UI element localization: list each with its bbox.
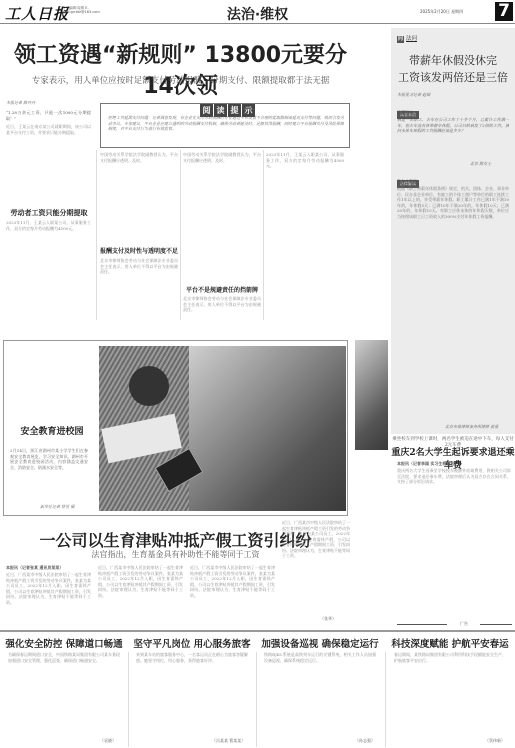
column-rule xyxy=(385,652,386,747)
footer-headline-4: 科技深度赋能 护航平安春运 xyxy=(388,636,512,650)
answer-sign: 北京市某律师事务所律师 俞勇 xyxy=(445,424,498,430)
second-end: （张华） xyxy=(320,616,336,622)
column-label: 法问 xyxy=(406,36,417,42)
right-photo-edge xyxy=(355,340,388,450)
footer-credit-3: （孙志强） xyxy=(355,738,375,744)
sidebar-byline: 本报见习记者 赵琛 xyxy=(397,92,430,98)
school-safety-photo xyxy=(99,346,346,511)
photo-students xyxy=(189,346,346,511)
footer-body-3: 铁路RJKC系统是高铁列车运行的关键系统，相关工作人员加强设备巡视，确保系统稳定… xyxy=(264,652,376,737)
footer-credit-2: （冯某某 曹某某） xyxy=(212,738,245,744)
second-body-col4: 近日，广西某市中级人民法院审结了一起生育津贴冲抵产假工资引发的劳动争议案件。张某… xyxy=(282,520,350,622)
ad-divider-right xyxy=(480,624,512,625)
right-body: 重庆两名大学生因乘坐学校校车被额外收取费用，将相关公司诉至法院，要求退还乘车费。… xyxy=(397,468,511,618)
ad-label: 广告 xyxy=(460,621,468,627)
lead-byline: 本报记者 陈丹丹 xyxy=(6,100,35,106)
footer-headline-1: 强化安全防控 保障道口畅通 xyxy=(2,636,126,650)
second-body-col3: 近日，广西某市中级人民法院审结了一起生育津贴冲抵产假工资引发的劳动争议案件。张某… xyxy=(190,565,275,622)
photo-teacher xyxy=(129,366,169,406)
right-byline: 本报讯（记者李国 实习生杨楠东） xyxy=(397,461,458,467)
issue-date: 2025年2月20日 星期四 xyxy=(420,9,463,15)
ad-divider-left xyxy=(397,624,447,625)
page-number: 7 xyxy=(495,2,513,21)
column-rule xyxy=(96,150,97,320)
column-rule xyxy=(263,150,264,320)
photo-brochure xyxy=(101,414,182,464)
reading-tip-text: 拒绝工资延期支付问题：记者调查发现，有企业在支付劳动报酬时存在通过平台设置不合理… xyxy=(108,115,344,145)
reading-tip-label: 阅读提示 xyxy=(200,98,260,112)
lead-headline: 领工资遇“新规则” 13800元要分14次领 xyxy=(8,38,353,100)
footer-credit-4: （蔡伟新） xyxy=(485,738,505,744)
sidebar-title: 带薪年休假没休完 工资该发两倍还是三倍 xyxy=(393,52,513,86)
lead-section2-title: 报酬支付及时性与透明度不足 xyxy=(98,246,180,255)
lead-body-col1: 近日，王某云在南京某公司就职期间，该公司以某平台支付工资，并要求只能分期提取。 xyxy=(6,124,91,209)
photo-feature-title: 安全教育进校园 xyxy=(8,424,96,437)
column-icon: 问 xyxy=(397,36,404,43)
sidebar-title-line2: 工资该发两倍还是三倍 xyxy=(393,69,513,86)
lead-section1-title: 劳动者工资只能分期提取 xyxy=(4,208,94,218)
column-tag: 问法问 xyxy=(397,34,417,43)
lead-body-col4: 2023年11月，王某云入职某公司，从事服务工作，双方约定每月劳动报酬为4500… xyxy=(266,152,344,320)
footer-headline-2: 坚守平凡岗位 用心服务旅客 xyxy=(130,636,254,650)
photo-credit: 新华社记者 徐昱 摄 xyxy=(40,504,75,510)
second-body-col2: 近日，广西某市中级人民法院审结了一起生育津贴冲抵产假工资引发的劳动争议案件。张某… xyxy=(98,565,183,622)
sidebar-title-line1: 带薪年休假没休完 xyxy=(393,52,513,69)
second-byline: 本报讯（记者张某 通讯员某某） xyxy=(6,565,63,571)
lead-body-col2: 中国劳动关系学院法学院副教授认为，平台支付报酬应透明、及时。 xyxy=(100,152,178,242)
lead-body-col1b: 2023年11月，王某云入职某公司，从事服务工作，双方约定每月劳动报酬为4500… xyxy=(6,220,91,320)
lead-body-col3: 中国劳动关系学院法学院副教授认为，平台支付报酬应透明、及时。 xyxy=(183,152,261,272)
column-rule xyxy=(128,652,129,747)
lead-body-col2b: 北京市律师协会劳动与社会保障法专业委员会主任表示，用人单位不得以平台为由规避责任… xyxy=(100,258,178,320)
lead-intro: “1.28万余元工资，只能一次1000元分期提取！” xyxy=(6,110,91,122)
footer-credit-1: （袁晓） xyxy=(100,738,116,744)
answer-text: 根据《职工带薪年休假条例》规定，机关、团体、企业、事业单位、民办非企业单位、有雇… xyxy=(397,186,509,422)
reader-sign: 北京 陈女士 xyxy=(470,161,491,167)
photo-caption: 2月14日，浙江省湖州市某小学学生们在参观安全教育展览，学习安全知识。湖州市开展… xyxy=(10,448,88,498)
column-rule xyxy=(256,652,257,747)
footer-body-1: 为确保春运期间道口安全，中国铁路某局集团有限公司某车务段加强道口安全管理，强化巡… xyxy=(8,652,120,737)
footer-headline-3: 加强设备巡视 确保稳定运行 xyxy=(258,636,382,650)
answer-salutation: 陈女士您好： xyxy=(397,179,421,185)
reader-salutation: 编辑同志： xyxy=(397,110,417,116)
second-body-col1: 近日，广西某市中级人民法院审结了一起生育津贴冲抵产假工资引发的劳动争议案件。张某… xyxy=(6,572,91,622)
footer-divider xyxy=(0,630,515,632)
footer-body-4: 春运期间，某铁路局集团有限公司利用科技手段赋能安全生产，护航旅客平安出行。 xyxy=(394,652,506,737)
lead-subhead: 专家表示，用人单位应按时足额支付劳动报酬，分期支付、限额提取都于法无据 xyxy=(8,74,353,86)
lead-section3-title: 平台不是规避责任的挡箭牌 xyxy=(181,285,263,294)
reader-letter-text: 我是一名职工，去年在公司工作了十多个月，已累计工作满一年，但去年没有休带薪年休假… xyxy=(397,117,509,159)
footer-body-2: 来到某车站的旅客服务中心，一名客运员正在耐心为旅客答疑解惑。她坚守岗位，用心服务… xyxy=(136,652,248,737)
lead-body-col3b: 北京市律师协会劳动与社会保障法专业委员会主任表示，用人单位不得以平台为由规避责任… xyxy=(183,296,261,320)
column-rule xyxy=(180,150,181,320)
